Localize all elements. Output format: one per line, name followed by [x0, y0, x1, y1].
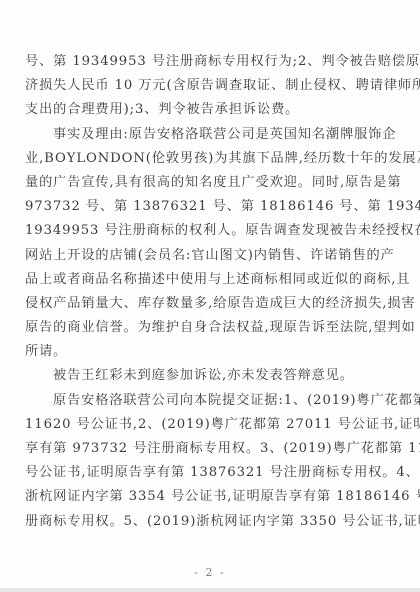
text-line-19: 浙杭网证内字第 3354 号公证书,证明原告享有第 18186146 号注 [25, 485, 377, 509]
text-line-10: 品上或者商品名称描述中使用与上述商标相同或近似的商标,且 [25, 268, 377, 292]
text-line-12: 原告的商业信誉。为维护自身合法权益,现原告诉至法院,望判如 [25, 316, 377, 340]
document-page: 号、第 19349953 号注册商标专用权行为;2、判令被告赔偿原告经 济损失人… [0, 0, 420, 592]
text-line-16: 11620 号公证书,2、(2019)粤广花都第 27011 号公证书,证明原告 [25, 413, 377, 437]
text-line-15: 原告安格洛联营公司向本院提交证据:1、(2019)粤广花都第 [25, 389, 377, 413]
text-line-13: 所请。 [25, 340, 377, 364]
text-line-4: 事实及理由:原告安格洛联营公司是英国知名潮牌服饰企 [25, 123, 377, 147]
text-line-18: 号公证书,证明原告享有第 13876321 号注册商标专用权。4、(2019) [25, 461, 377, 485]
text-line-3: 支出的合理费用);3、判令被告承担诉讼费。 [25, 98, 377, 122]
text-line-9: 网站上开设的店铺(会员名:官山图文)内销售、许诺销售的产 [25, 244, 377, 268]
text-line-1: 号、第 19349953 号注册商标专用权行为;2、判令被告赔偿原告经 [25, 50, 377, 74]
text-line-7: 973732 号、第 13876321 号、第 18186146 号、第 193… [25, 195, 377, 219]
text-line-5: 业,BOYLONDON(伦敦男孩)为其旗下品牌,经历数十年的发展及大 [25, 147, 377, 171]
text-line-11: 侵权产品销量大、库存数量多,给原告造成巨大的经济损失,损害 [25, 292, 377, 316]
text-line-8: 19349953 号注册商标的权利人。原告调查发现被告未经授权在某 [25, 219, 377, 243]
document-body: 号、第 19349953 号注册商标专用权行为;2、判令被告赔偿原告经 济损失人… [25, 50, 377, 534]
text-line-6: 量的广告宣传,具有很高的知名度且广受欢迎。同时,原告是第 [25, 171, 377, 195]
text-line-2: 济损失人民币 10 万元(含原告调查取证、制止侵权、聘请律师所 [25, 74, 377, 98]
text-line-20: 册商标专用权。5、(2019)浙杭网证内字第 3350 号公证书,证明 [25, 510, 377, 534]
text-line-17: 享有第 973732 号注册商标专用权。3、(2019)粤广花都第 11618 [25, 437, 377, 461]
text-line-14: 被告王红彩未到庭参加诉讼,亦未发表答辩意见。 [25, 364, 377, 388]
page-number: - 2 - [0, 566, 420, 579]
